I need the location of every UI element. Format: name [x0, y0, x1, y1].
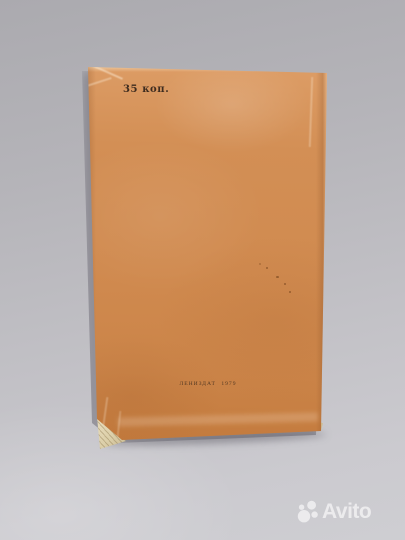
publisher-imprint: ЛЕНИЗДАТ 1979	[179, 380, 236, 386]
scratch-speck	[289, 291, 291, 293]
avito-wordmark: Avito	[322, 501, 371, 522]
wear-band	[118, 412, 318, 426]
scratch-speck	[284, 283, 286, 285]
publisher-imprint-row: ЛЕНИЗДАТ 1979	[88, 375, 328, 393]
product-photo: 35 коп. ЛЕНИЗДАТ 1979 Avito	[0, 0, 405, 540]
avito-dots-icon	[297, 499, 320, 523]
avito-watermark: Avito	[297, 499, 371, 523]
price-label: 35 коп.	[123, 84, 169, 95]
scratch-speck	[266, 267, 268, 269]
crease-mark	[309, 77, 313, 147]
cover-top-edge-highlight	[88, 67, 328, 72]
book-back-cover: 35 коп. ЛЕНИЗДАТ 1979	[88, 67, 328, 440]
scratch-speck	[259, 263, 261, 265]
scratch-speck	[276, 276, 279, 278]
